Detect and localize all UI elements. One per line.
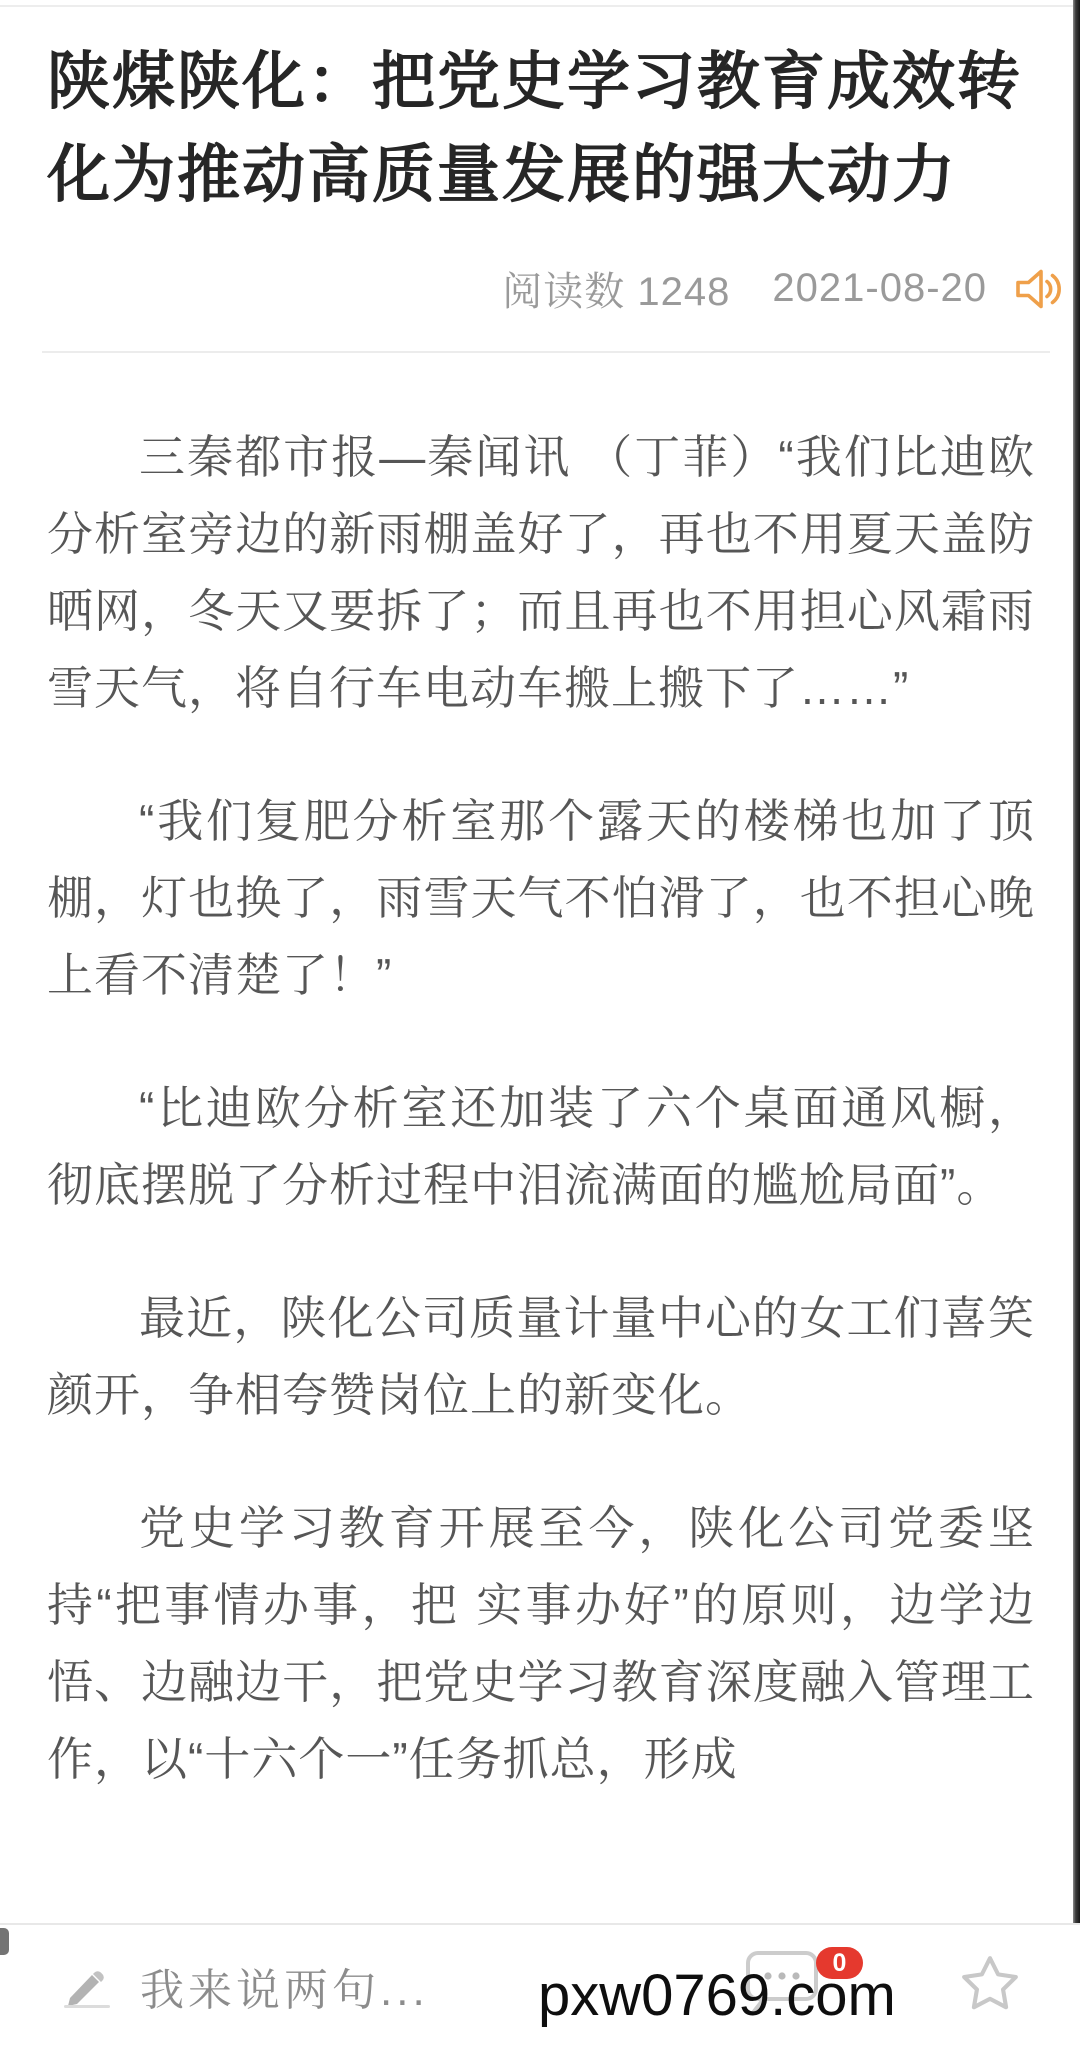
star-icon xyxy=(956,2004,1024,2021)
paragraph: 最近，陕化公司质量计量中心的女工们喜笑颜开，争相夸赞岗位上的新变化。 xyxy=(47,1280,1035,1434)
comment-placeholder: 我来说两句... xyxy=(140,1954,429,2018)
paragraph: 三秦都市报—秦闻讯 （丁菲）“我们比迪欧分析室旁边的新雨棚盖好了，再也不用夏天盖… xyxy=(47,419,1035,727)
favorite-button[interactable] xyxy=(956,1951,1024,2022)
publish-date: 2021-08-20 xyxy=(772,266,987,311)
article-body: 三秦都市报—秦闻讯 （丁菲）“我们比迪欧分析室旁边的新雨棚盖好了，再也不用夏天盖… xyxy=(0,353,1080,1798)
article-meta: 阅读数 1248 2021-08-20 xyxy=(0,260,1080,317)
comment-input[interactable]: 我来说两句... xyxy=(60,1925,429,2047)
screen-edge-shadow xyxy=(1073,0,1080,1923)
paragraph: 党史学习教育开展至今，陕化公司党委坚持“把事情办事，把 实事办好”的原则，边学边… xyxy=(47,1490,1035,1798)
read-count: 阅读数 1248 xyxy=(502,260,730,317)
top-divider xyxy=(0,5,1080,7)
speaker-icon[interactable] xyxy=(1013,266,1065,312)
pencil-icon xyxy=(60,1962,114,2010)
edge-artifact xyxy=(0,1928,9,1955)
article-page: 陕煤陕化：把党史学习教育成效转化为推动高质量发展的强大动力 阅读数 1248 2… xyxy=(0,0,1080,2047)
paragraph: “我们复肥分析室那个露天的楼梯也加了顶棚，灯也换了，雨雪天气不怕滑了，也不担心晚… xyxy=(47,783,1035,1014)
paragraph: “比迪欧分析室还加装了六个桌面通风橱，彻底摆脱了分析过程中泪流满面的尴尬局面”。 xyxy=(47,1070,1035,1224)
watermark: pxw0769.com xyxy=(538,1964,896,2028)
page-title: 陕煤陕化：把党史学习教育成效转化为推动高质量发展的强大动力 xyxy=(0,0,1080,222)
